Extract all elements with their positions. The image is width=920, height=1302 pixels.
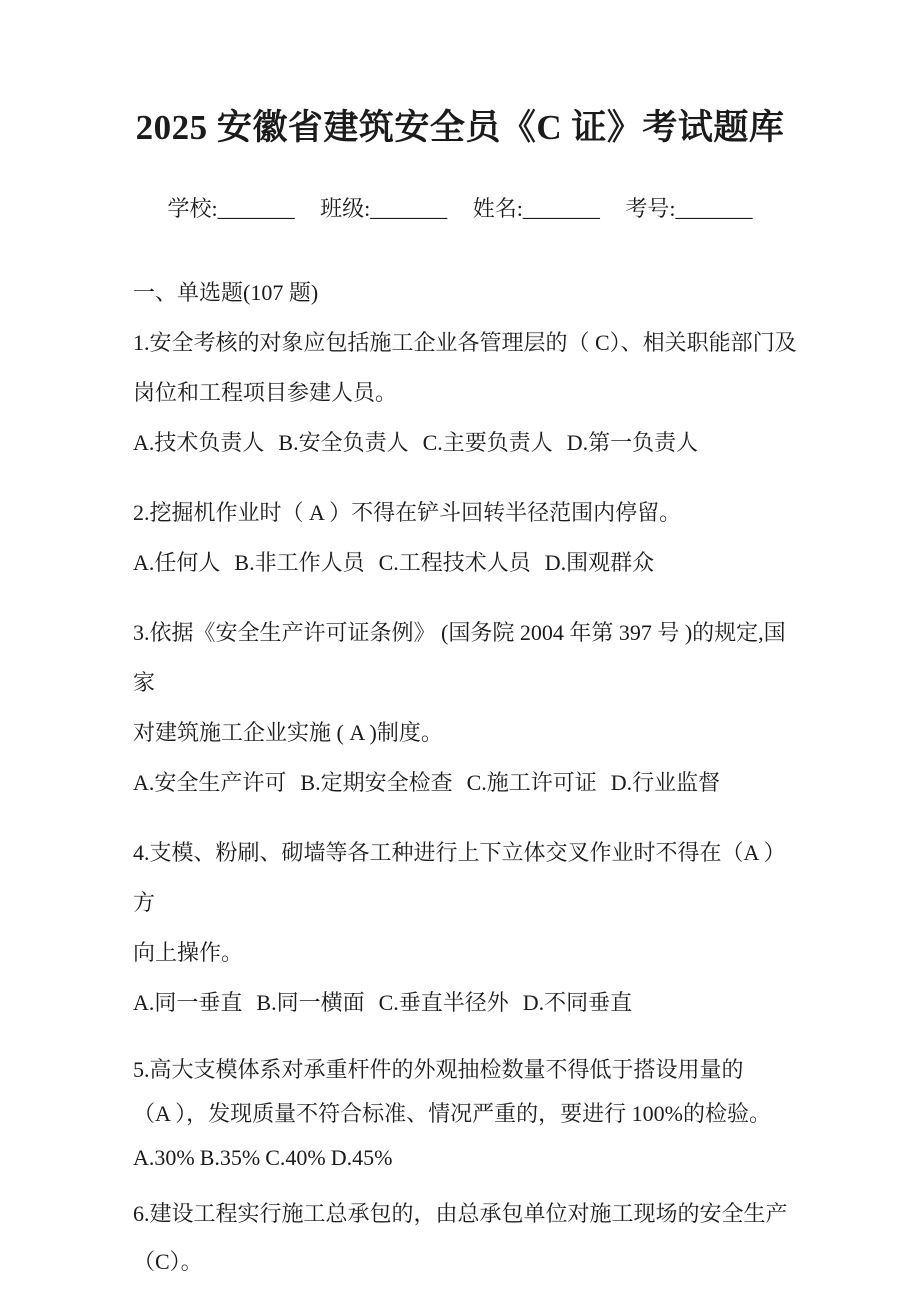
question-5-option-d: D.45%: [331, 1145, 393, 1170]
exam-number-field: 考号:_______: [625, 196, 752, 221]
question-3-option-d: D.行业监督: [611, 770, 720, 795]
question-4-option-a: A.同一垂直: [133, 990, 242, 1015]
school-label: 学校:: [168, 196, 218, 221]
name-label: 姓名:: [473, 196, 523, 221]
question-3-option-a: A.安全生产许可: [133, 770, 286, 795]
question-4-options: A.同一垂直B.同一横面C.垂直半径外D.不同垂直: [133, 978, 800, 1028]
question-1-option-b: B.安全负责人: [278, 430, 408, 455]
question-1-option-d: D.第一负责人: [567, 430, 698, 455]
question-5-option-a: A.30%: [133, 1145, 195, 1170]
question-3-option-c: C.施工许可证: [467, 770, 597, 795]
question-4-option-b: B.同一横面: [256, 990, 364, 1015]
name-field: 姓名:_______: [473, 196, 600, 221]
section-heading-single-choice: 一、单选题(107 题): [133, 268, 800, 318]
exam-number-label: 考号:: [625, 196, 675, 221]
question-6: 6.建设工程实行施工总承包的，由总承包单位对施工现场的安全生产 （C）。: [133, 1190, 800, 1286]
class-label: 班级:: [320, 196, 370, 221]
question-1-option-a: A.技术负责人: [133, 430, 264, 455]
question-4-text: 4.支模、粉刷、砌墙等各工种进行上下立体交叉作业时不得在（A ）方 向上操作。: [133, 828, 800, 978]
document-title: 2025 安徽省建筑安全员《C 证》考试题库: [0, 0, 920, 150]
question-2-option-d: D.围观群众: [545, 550, 654, 575]
question-1-text: 1.安全考核的对象应包括施工企业各管理层的（ C）、相关职能部门及 岗位和工程项…: [133, 318, 800, 418]
class-blank: _______: [370, 196, 447, 221]
question-2-option-c: C.工程技术人员: [379, 550, 531, 575]
exam-number-blank: _______: [676, 196, 753, 221]
question-1: 1.安全考核的对象应包括施工企业各管理层的（ C）、相关职能部门及 岗位和工程项…: [133, 318, 800, 468]
question-list: 一、单选题(107 题) 1.安全考核的对象应包括施工企业各管理层的（ C）、相…: [133, 268, 800, 1286]
class-field: 班级:_______: [320, 196, 447, 221]
name-blank: _______: [523, 196, 600, 221]
exam-document-page: 2025 安徽省建筑安全员《C 证》考试题库 学校:_______ 班级:___…: [0, 0, 920, 1302]
question-4-option-c: C.垂直半径外: [379, 990, 509, 1015]
question-6-text: 6.建设工程实行施工总承包的，由总承包单位对施工现场的安全生产 （C）。: [133, 1190, 800, 1286]
question-5-option-b: B.35%: [200, 1145, 261, 1170]
question-2-text: 2.挖掘机作业时（ A ）不得在铲斗回转半径范围内停留。: [133, 488, 800, 538]
question-3-option-b: B.定期安全检查: [300, 770, 452, 795]
question-1-options: A.技术负责人B.安全负责人C.主要负责人D.第一负责人: [133, 418, 800, 468]
school-blank: _______: [218, 196, 295, 221]
question-5-option-c: C.40%: [265, 1145, 326, 1170]
question-2-option-a: A.任何人: [133, 550, 220, 575]
question-2-options: A.任何人B.非工作人员C.工程技术人员D.围观群众: [133, 538, 800, 588]
question-4: 4.支模、粉刷、砌墙等各工种进行上下立体交叉作业时不得在（A ）方 向上操作。 …: [133, 828, 800, 1028]
question-1-option-c: C.主要负责人: [423, 430, 553, 455]
question-3: 3.依据《安全生产许可证条例》 (国务院 2004 年第 397 号 )的规定,…: [133, 608, 800, 808]
question-2-option-b: B.非工作人员: [234, 550, 364, 575]
question-5-options: A.30%B.35%C.40%D.45%: [133, 1136, 800, 1180]
question-5: 5.高大支模体系对承重杆件的外观抽检数量不得低于搭设用量的 （A ），发现质量不…: [133, 1048, 800, 1180]
question-5-text: 5.高大支模体系对承重杆件的外观抽检数量不得低于搭设用量的 （A ），发现质量不…: [133, 1048, 800, 1136]
student-info-line: 学校:_______ 班级:_______ 姓名:_______ 考号:____…: [0, 194, 920, 224]
question-3-options: A.安全生产许可B.定期安全检查C.施工许可证D.行业监督: [133, 758, 800, 808]
question-4-option-d: D.不同垂直: [523, 990, 632, 1015]
school-field: 学校:_______: [168, 196, 295, 221]
question-2: 2.挖掘机作业时（ A ）不得在铲斗回转半径范围内停留。 A.任何人B.非工作人…: [133, 488, 800, 588]
question-3-text: 3.依据《安全生产许可证条例》 (国务院 2004 年第 397 号 )的规定,…: [133, 608, 800, 758]
